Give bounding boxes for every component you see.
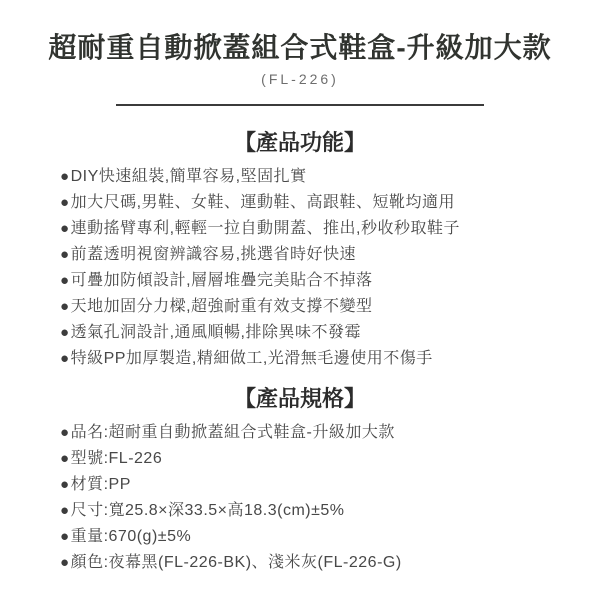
spec-value: 670(g)±5%: [109, 528, 192, 545]
spec-label: 品名: [71, 424, 104, 441]
bullet-icon: ●: [60, 424, 70, 441]
feature-item: ●前蓋透明視窗辨識容易,挑選省時好快速: [60, 242, 600, 268]
spec-label: 顏色: [71, 554, 104, 571]
bullet-icon: ●: [60, 476, 70, 493]
spec-value: 寬25.8×深33.5×高18.3(cm)±5%: [109, 502, 345, 519]
spec-label: 尺寸: [71, 502, 104, 519]
spec-item: ●顏色:夜幕黑(FL-226-BK)、淺米灰(FL-226-G): [60, 550, 600, 576]
features-list: ●DIY快速組裝,簡單容易,堅固扎實 ●加大尺碼,男鞋、女鞋、運動鞋、高跟鞋、短…: [60, 164, 600, 372]
spec-label: 型號: [71, 450, 104, 467]
spec-item: ●品名:超耐重自動掀蓋組合式鞋盒-升級加大款: [60, 420, 600, 446]
feature-item: ●特級PP加厚製造,精細做工,光滑無毛邊使用不傷手: [60, 346, 600, 372]
feature-item: ●DIY快速組裝,簡單容易,堅固扎實: [60, 164, 600, 190]
bullet-icon: ●: [60, 220, 70, 237]
spec-item: ●型號:FL-226: [60, 446, 600, 472]
bullet-icon: ●: [60, 272, 70, 289]
bullet-icon: ●: [60, 502, 70, 519]
spec-value: 超耐重自動掀蓋組合式鞋盒-升級加大款: [109, 424, 395, 441]
product-description-page: 超耐重自動掀蓋組合式鞋盒-升級加大款 (FL-226) 【產品功能】 ●DIY快…: [0, 0, 600, 600]
bullet-icon: ●: [60, 528, 70, 545]
spec-label: 重量: [71, 528, 104, 545]
spec-value: PP: [109, 476, 131, 493]
bullet-icon: ●: [60, 246, 70, 263]
spec-label: 材質: [71, 476, 104, 493]
bullet-icon: ●: [60, 324, 70, 341]
product-model-subtitle: (FL-226): [0, 71, 600, 88]
specs-section: 【產品規格】 ●品名:超耐重自動掀蓋組合式鞋盒-升級加大款 ●型號:FL-226…: [0, 385, 600, 576]
feature-item: ●連動搖臂專利,輕輕一拉自動開蓋、推出,秒收秒取鞋子: [60, 216, 600, 242]
product-title: 超耐重自動掀蓋組合式鞋盒-升級加大款: [0, 0, 600, 66]
divider-line: [116, 104, 484, 106]
bullet-icon: ●: [60, 168, 70, 185]
features-heading: 【產品功能】: [0, 129, 600, 157]
spec-item: ●重量:670(g)±5%: [60, 524, 600, 550]
feature-item: ●天地加固分力樑,超強耐重有效支撐不變型: [60, 294, 600, 320]
feature-text: 前蓋透明視窗辨識容易,挑選省時好快速: [71, 246, 356, 263]
spec-item: ●尺寸:寬25.8×深33.5×高18.3(cm)±5%: [60, 498, 600, 524]
bullet-icon: ●: [60, 298, 70, 315]
bullet-icon: ●: [60, 194, 70, 211]
specs-list: ●品名:超耐重自動掀蓋組合式鞋盒-升級加大款 ●型號:FL-226 ●材質:PP…: [60, 420, 600, 576]
feature-item: ●可疊加防傾設計,層層堆疊完美貼合不掉落: [60, 268, 600, 294]
specs-heading: 【產品規格】: [0, 385, 600, 413]
spec-item: ●材質:PP: [60, 472, 600, 498]
feature-item: ●加大尺碼,男鞋、女鞋、運動鞋、高跟鞋、短靴均適用: [60, 190, 600, 216]
page-header: 超耐重自動掀蓋組合式鞋盒-升級加大款 (FL-226): [0, 0, 600, 88]
spec-value: 夜幕黑(FL-226-BK)、淺米灰(FL-226-G): [109, 554, 402, 571]
feature-text: 連動搖臂專利,輕輕一拉自動開蓋、推出,秒收秒取鞋子: [71, 220, 460, 237]
bullet-icon: ●: [60, 350, 70, 367]
feature-text: DIY快速組裝,簡單容易,堅固扎實: [71, 168, 307, 185]
feature-text: 加大尺碼,男鞋、女鞋、運動鞋、高跟鞋、短靴均適用: [71, 194, 455, 211]
feature-text: 透氣孔洞設計,通風順暢,排除異味不發霉: [71, 324, 361, 341]
features-section: 【產品功能】 ●DIY快速組裝,簡單容易,堅固扎實 ●加大尺碼,男鞋、女鞋、運動…: [0, 129, 600, 372]
spec-value: FL-226: [109, 450, 163, 467]
bullet-icon: ●: [60, 450, 70, 467]
feature-text: 可疊加防傾設計,層層堆疊完美貼合不掉落: [71, 272, 373, 289]
feature-item: ●透氣孔洞設計,通風順暢,排除異味不發霉: [60, 320, 600, 346]
bullet-icon: ●: [60, 554, 70, 571]
feature-text: 天地加固分力樑,超強耐重有效支撐不變型: [71, 298, 373, 315]
feature-text: 特級PP加厚製造,精細做工,光滑無毛邊使用不傷手: [71, 350, 433, 367]
